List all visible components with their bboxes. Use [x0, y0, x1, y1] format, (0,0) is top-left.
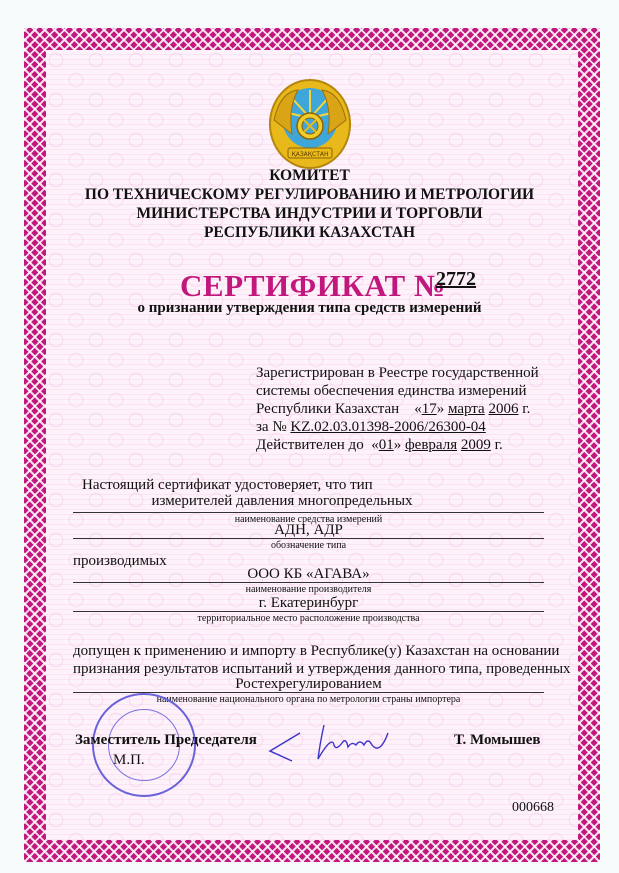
serial-number: 000668: [512, 800, 554, 816]
header-line-4: РЕСПУБЛИКИ КАЗАХСТАН: [0, 223, 619, 242]
location-caption: территориальное место расположение произ…: [73, 613, 544, 624]
valid-month: февраля: [405, 437, 457, 453]
registration-month: марта: [448, 401, 485, 417]
handwritten-signature: [262, 715, 402, 775]
registration-number-line: за № KZ.02.03.01398-2006/26300-04: [256, 418, 539, 436]
signatory-position: Заместитель Председателя: [75, 732, 257, 749]
validity-line: Действителен до «01» февраля 2009 г.: [256, 436, 539, 454]
registration-year: 2006: [488, 401, 518, 417]
certificate-number: 2772: [436, 268, 476, 291]
manufacturer-name: ООО КБ «АГАВА»: [73, 565, 544, 583]
instrument-name: измерителей давления многопредельных: [82, 492, 482, 510]
registration-block: Зарегистрирован в Реестре государственно…: [256, 364, 539, 454]
year-suffix: г.: [495, 437, 503, 453]
signatory-name: Т. Момышев: [454, 732, 541, 749]
registration-line-1: Зарегистрирован в Реестре государственно…: [256, 364, 539, 382]
registration-line-2: системы обеспечения единства измерений: [256, 382, 539, 400]
admission-line-1: допущен к применению и импорту в Республ…: [73, 642, 559, 660]
certificate-title: СЕРТИФИКАТ №: [180, 268, 446, 304]
header-line-1: КОМИТЕТ: [0, 166, 619, 185]
type-designation: АДН, АДР: [73, 521, 544, 539]
type-caption: обозначение типа: [73, 540, 544, 551]
manufacturer-underline: [73, 582, 544, 583]
valid-year: 2009: [461, 437, 491, 453]
svg-text:ҚАЗАҚСТАН: ҚАЗАҚСТАН: [291, 151, 328, 158]
kazakhstan-state-emblem-icon: ҚАЗАҚСТАН: [268, 78, 352, 174]
national-body: Ростехрегулированием: [73, 675, 544, 693]
valid-prefix: Действителен до: [256, 437, 364, 453]
type-underline: [73, 538, 544, 539]
location: г. Екатеринбург: [73, 594, 544, 612]
registration-country: Республики Казахстан: [256, 401, 399, 417]
certificate-subtitle: о признании утверждения типа средств изм…: [0, 300, 619, 317]
header-line-2: ПО ТЕХНИЧЕСКОМУ РЕГУЛИРОВАНИЮ И МЕТРОЛОГ…: [0, 185, 619, 204]
year-suffix: г.: [522, 401, 530, 417]
valid-day: 01: [379, 437, 394, 453]
header-line-3: МИНИСТЕРСТВА ИНДУСТРИИ И ТОРГОВЛИ: [0, 204, 619, 223]
seal-label: М.П.: [113, 752, 145, 769]
instrument-underline: [73, 512, 544, 513]
registration-day: 17: [422, 401, 437, 417]
registration-date-line: Республики Казахстан «17» марта 2006 г.: [256, 400, 539, 418]
registration-number: KZ.02.03.01398-2006/26300-04: [290, 419, 485, 435]
location-underline: [73, 611, 544, 612]
number-prefix: за №: [256, 419, 287, 435]
